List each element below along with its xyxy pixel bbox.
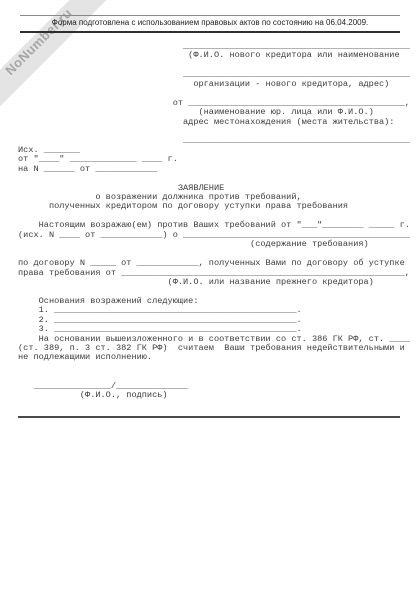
- sender-address-label: адрес местонахождения (места жительства)…: [18, 118, 418, 127]
- document-page: NoNumber.ru Форма подготовлена с использ…: [0, 0, 420, 600]
- spacer-10: [18, 401, 418, 410]
- page-bottom-rule: [18, 416, 400, 418]
- document-subtitle-2: полученных кредитором по договору уступк…: [18, 202, 418, 211]
- spacer-8: [18, 363, 418, 372]
- signature-caption: (Ф.И.О., подпись): [18, 391, 418, 400]
- claim-content-caption: (содержание требования): [18, 240, 418, 249]
- document-body: ________________________________________…: [18, 42, 418, 410]
- header-rule-bottom: [20, 31, 400, 33]
- reference-number-field: на N ______ от ____________: [18, 165, 418, 174]
- new-creditor-name-caption: (Ф.И.О. нового кредитора или наименовани…: [18, 51, 418, 60]
- previous-creditor-caption: (Ф.И.О. или название прежнего кредитора): [18, 278, 418, 287]
- new-creditor-org-caption: организации - нового кредитора, адрес): [18, 80, 418, 89]
- header-note: Форма подготовлена с использованием прав…: [20, 18, 400, 27]
- conclusion-line-3: не подлежащими исполнению.: [18, 353, 418, 362]
- header-rule-top: [20, 15, 400, 16]
